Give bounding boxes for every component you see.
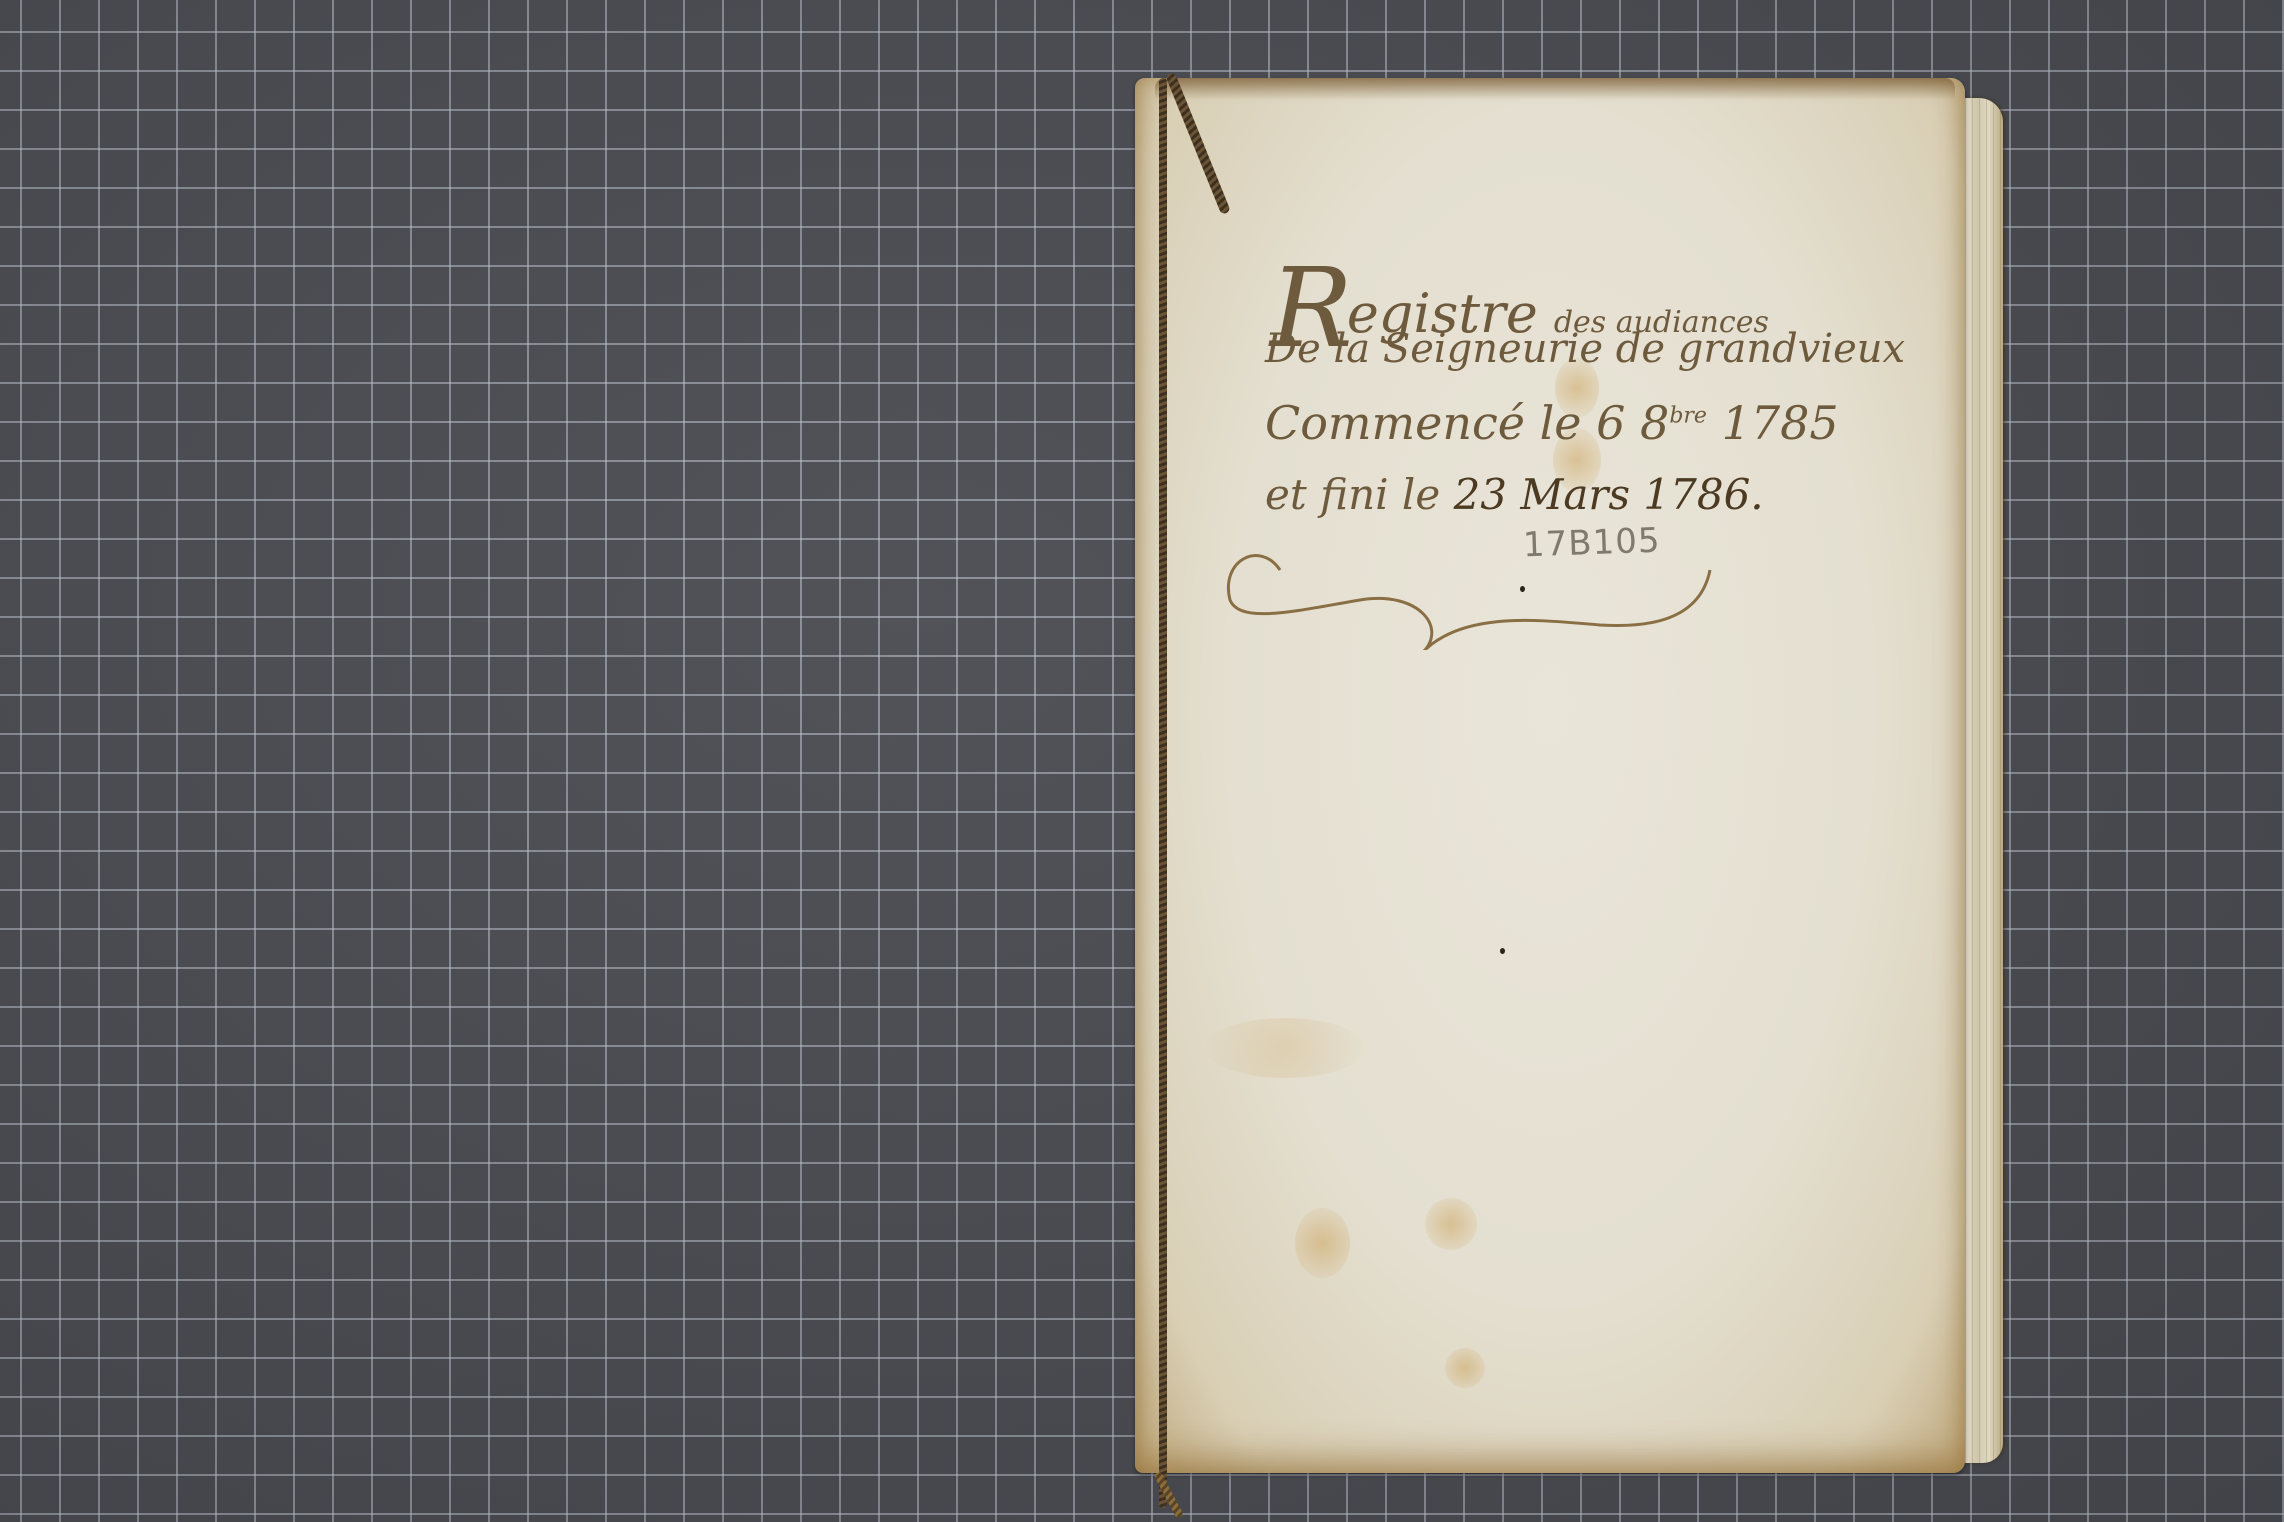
commence-text: Commencé le 6 <box>1265 396 1625 450</box>
month-ordinal: 8 <box>1640 396 1669 450</box>
stain <box>1295 1208 1350 1278</box>
title-line-2: De la Seigneurie de grandvieux <box>1265 326 1905 372</box>
shelfmark-label: 17B105 <box>1522 521 1661 566</box>
register-cover: Registredes audiances De la Seigneurie d… <box>1135 78 1965 1473</box>
ink-speck <box>1500 948 1505 954</box>
stain <box>1205 1018 1365 1078</box>
end-text: et fini le <box>1265 470 1440 519</box>
stain <box>1425 1198 1477 1250</box>
start-year: 1785 <box>1722 396 1839 450</box>
archival-register: Registredes audiances De la Seigneurie d… <box>1135 78 2005 1473</box>
binding-string <box>1159 78 1167 1508</box>
end-date: 23 Mars 1786. <box>1454 470 1764 519</box>
worn-top-edge <box>1155 78 1955 100</box>
title-line-4: et fini le 23 Mars 1786. <box>1265 470 1764 519</box>
stain <box>1445 1348 1485 1388</box>
month-ordinal-sup: bre <box>1669 404 1707 429</box>
title-line-3: Commencé le 6 8bre 1785 <box>1265 396 1839 450</box>
